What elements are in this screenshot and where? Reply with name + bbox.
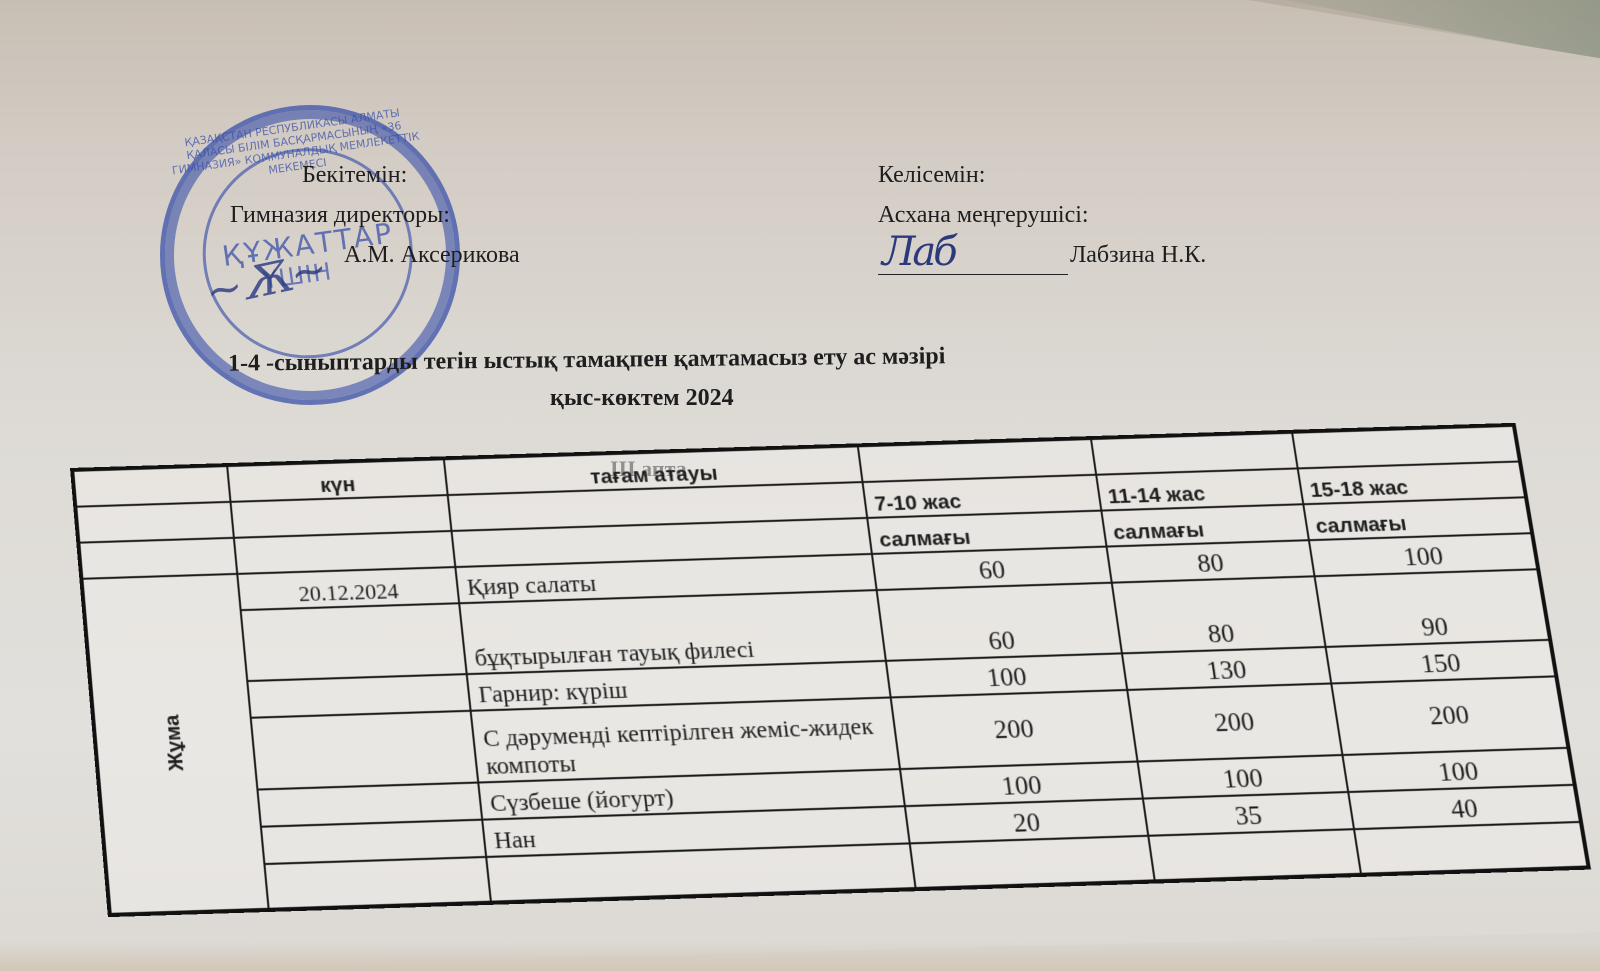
- menu-table-container: күн тағам атауы 7-10 жас 11-14 жас 15-18…: [70, 422, 1600, 917]
- weight-11-14: 80: [1111, 576, 1325, 653]
- weight-15-18: 200: [1331, 676, 1568, 755]
- background-bottom: [0, 941, 1600, 971]
- weekday-label: Жұма: [160, 714, 188, 771]
- cafeteria-signature: Лаб: [882, 232, 955, 272]
- weight-7-10: 60: [877, 583, 1122, 661]
- agree-signature-row: Лаб Лабзина Н.К.: [878, 235, 1206, 275]
- weight-7-10: 200: [891, 690, 1137, 769]
- weight-7-10: [910, 836, 1155, 889]
- weight-15-18: [1354, 822, 1589, 875]
- menu-season: қыс-көктем 2024: [550, 385, 734, 412]
- weekday-cell: Жұма: [81, 574, 268, 915]
- agreement-block: Келісемін: Асхана меңгерушісі: Лаб Лабзи…: [878, 155, 1206, 275]
- weight-11-14: [1148, 829, 1361, 881]
- agree-name: Лабзина Н.К.: [1070, 242, 1206, 268]
- dish-name: бұқтырылған тауық филесі: [460, 590, 887, 674]
- weight-11-14: 200: [1127, 683, 1342, 761]
- approve-label: Бекітемін:: [230, 155, 520, 195]
- weight-15-18: 90: [1314, 569, 1550, 647]
- menu-table: күн тағам атауы 7-10 жас 11-14 жас 15-18…: [70, 423, 1591, 917]
- approve-position: Гимназия директоры:: [230, 195, 520, 235]
- dish-name: С дәруменді кептірілген жеміс-жидек комп…: [471, 697, 900, 782]
- agree-label: Келісемін:: [878, 155, 1206, 195]
- signature-line: Лаб: [878, 252, 1068, 275]
